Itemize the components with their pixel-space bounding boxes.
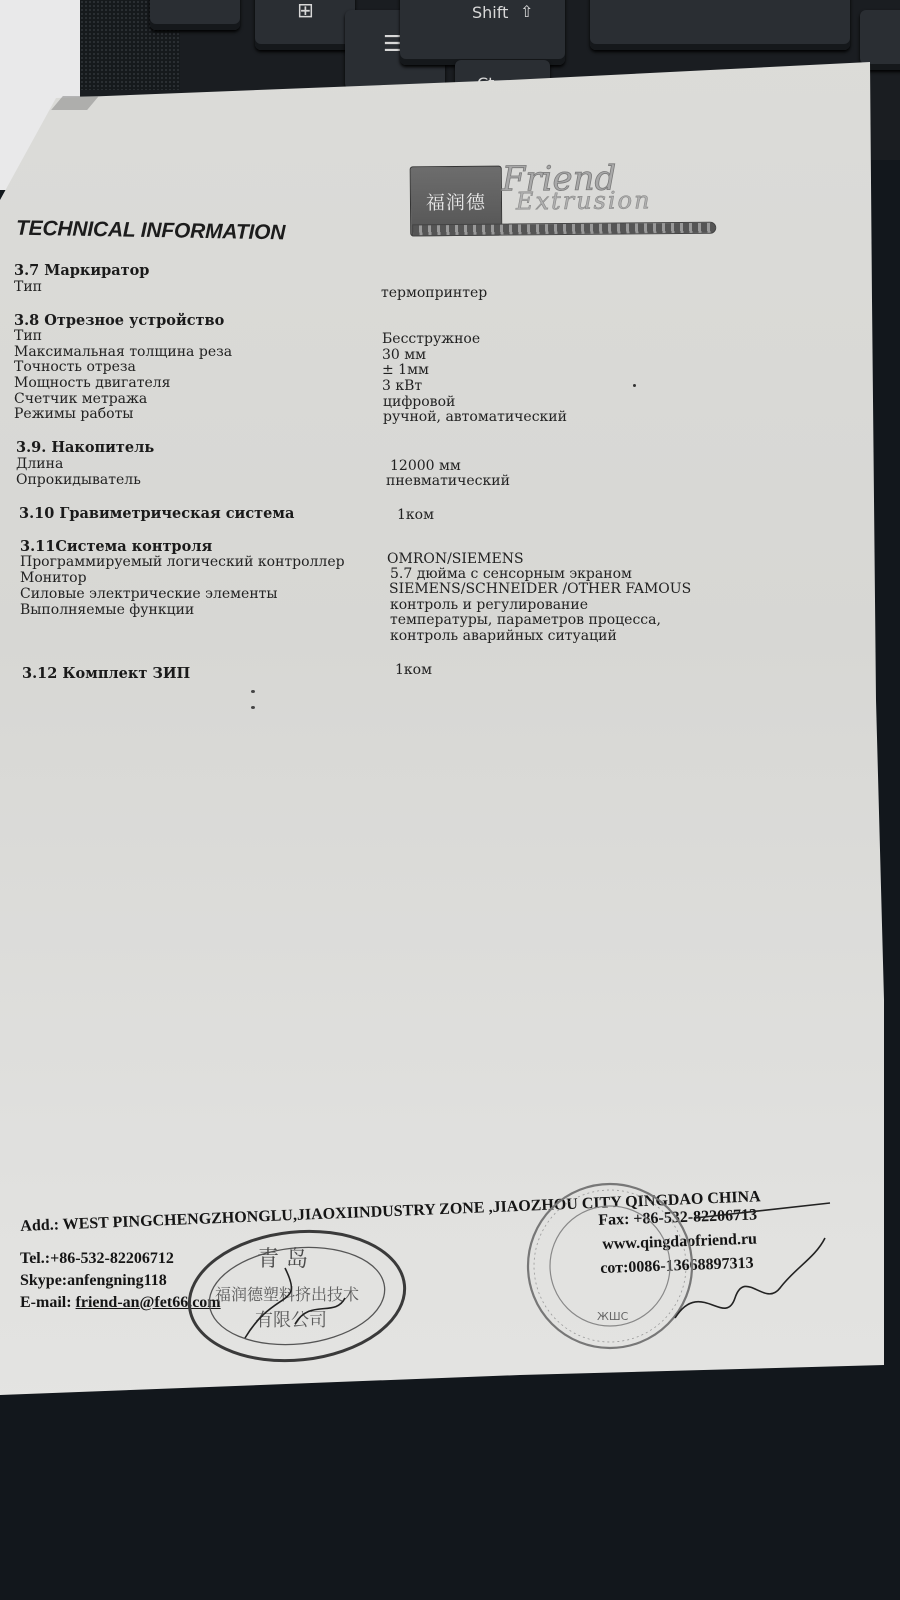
logo-extrusion-text: Extrusion: [516, 186, 652, 215]
document-title: TECHNICAL INFORMATION: [16, 217, 286, 246]
section-heading-3-11: 3.11Система контроля: [20, 538, 212, 555]
spec-value: 1ком: [397, 507, 434, 523]
spec-label: Тип: [14, 328, 42, 344]
spec-value: SIEMENS/SCHNEIDER /OTHER FAMOUS: [389, 581, 691, 597]
spec-value: контроль аварийных ситуаций: [390, 628, 617, 644]
spec-value: пневматический: [386, 473, 510, 489]
shift-key: Shift ⇧: [400, 0, 565, 65]
footer-skype: Skype:anfengning118: [20, 1272, 167, 1290]
footer-email-link[interactable]: friend-an@fet66.com: [76, 1294, 221, 1311]
company-logo: 福润德 Friend Extrusion: [410, 164, 721, 243]
spec-label: Тип: [14, 279, 42, 295]
section-heading-3-10: 3.10 Гравиметрическая система: [19, 505, 294, 522]
footer-email-row: E-mail: friend-an@fet66.com: [20, 1294, 221, 1312]
spec-value: ручной, автоматический: [383, 409, 567, 425]
keyboard-key: [860, 10, 900, 70]
section-heading-3-12: 3.12 Комплект ЗИП: [22, 665, 190, 682]
windows-icon: ⊞: [297, 0, 314, 22]
spec-label: Счетчик метража: [14, 391, 147, 407]
footer-tel: Tel.:+86-532-82206712: [20, 1250, 174, 1268]
paper-speck: [251, 706, 255, 709]
spec-value: 12000 мм: [390, 458, 461, 474]
spec-value: термопринтер: [381, 285, 487, 301]
footer-email-label: E-mail:: [20, 1294, 76, 1311]
spec-value: температуры, параметров процесса,: [390, 612, 661, 628]
spec-value: 1ком: [395, 662, 432, 678]
section-heading-3-8: 3.8 Отрезное устройство: [14, 312, 224, 329]
spec-label: Режимы работы: [14, 406, 133, 422]
spec-value: 3 кВт: [382, 378, 422, 394]
paper-speck: [633, 384, 636, 387]
section-heading-3-7: 3.7 Маркиратор: [14, 262, 149, 279]
keyboard-key: [150, 0, 240, 30]
spec-label: Выполняемые функции: [20, 602, 194, 618]
spec-label: Точность отреза: [14, 359, 136, 375]
shift-key-label: Shift: [472, 3, 508, 22]
spec-value: ± 1мм: [382, 362, 429, 378]
logo-screw-graphic: [412, 222, 716, 237]
spec-value: OMRON/SIEMENS: [387, 551, 524, 567]
keyboard-key: [590, 0, 850, 50]
spec-value: 30 мм: [382, 347, 426, 363]
spec-value: Бесстружное: [382, 331, 480, 347]
spec-label: Силовые электрические элементы: [20, 586, 278, 602]
windows-key: ⊞: [255, 0, 355, 50]
spec-value: контроль и регулирование: [390, 597, 588, 613]
paper-speck: [251, 690, 255, 693]
section-heading-3-9: 3.9. Накопитель: [16, 439, 154, 456]
shift-arrow-icon: ⇧: [520, 2, 533, 21]
spec-label: Монитор: [20, 570, 87, 586]
spec-label: Опрокидыватель: [16, 472, 141, 488]
spec-label: Программируемый логический контроллер: [20, 554, 345, 570]
spec-label: Мощность двигателя: [14, 375, 170, 391]
spec-label: Длина: [16, 456, 63, 472]
spec-value: 5.7 дюйма с сенсорным экраном: [390, 566, 632, 582]
spec-value: цифровой: [383, 394, 455, 410]
spec-label: Максимальная толщина реза: [14, 344, 232, 360]
